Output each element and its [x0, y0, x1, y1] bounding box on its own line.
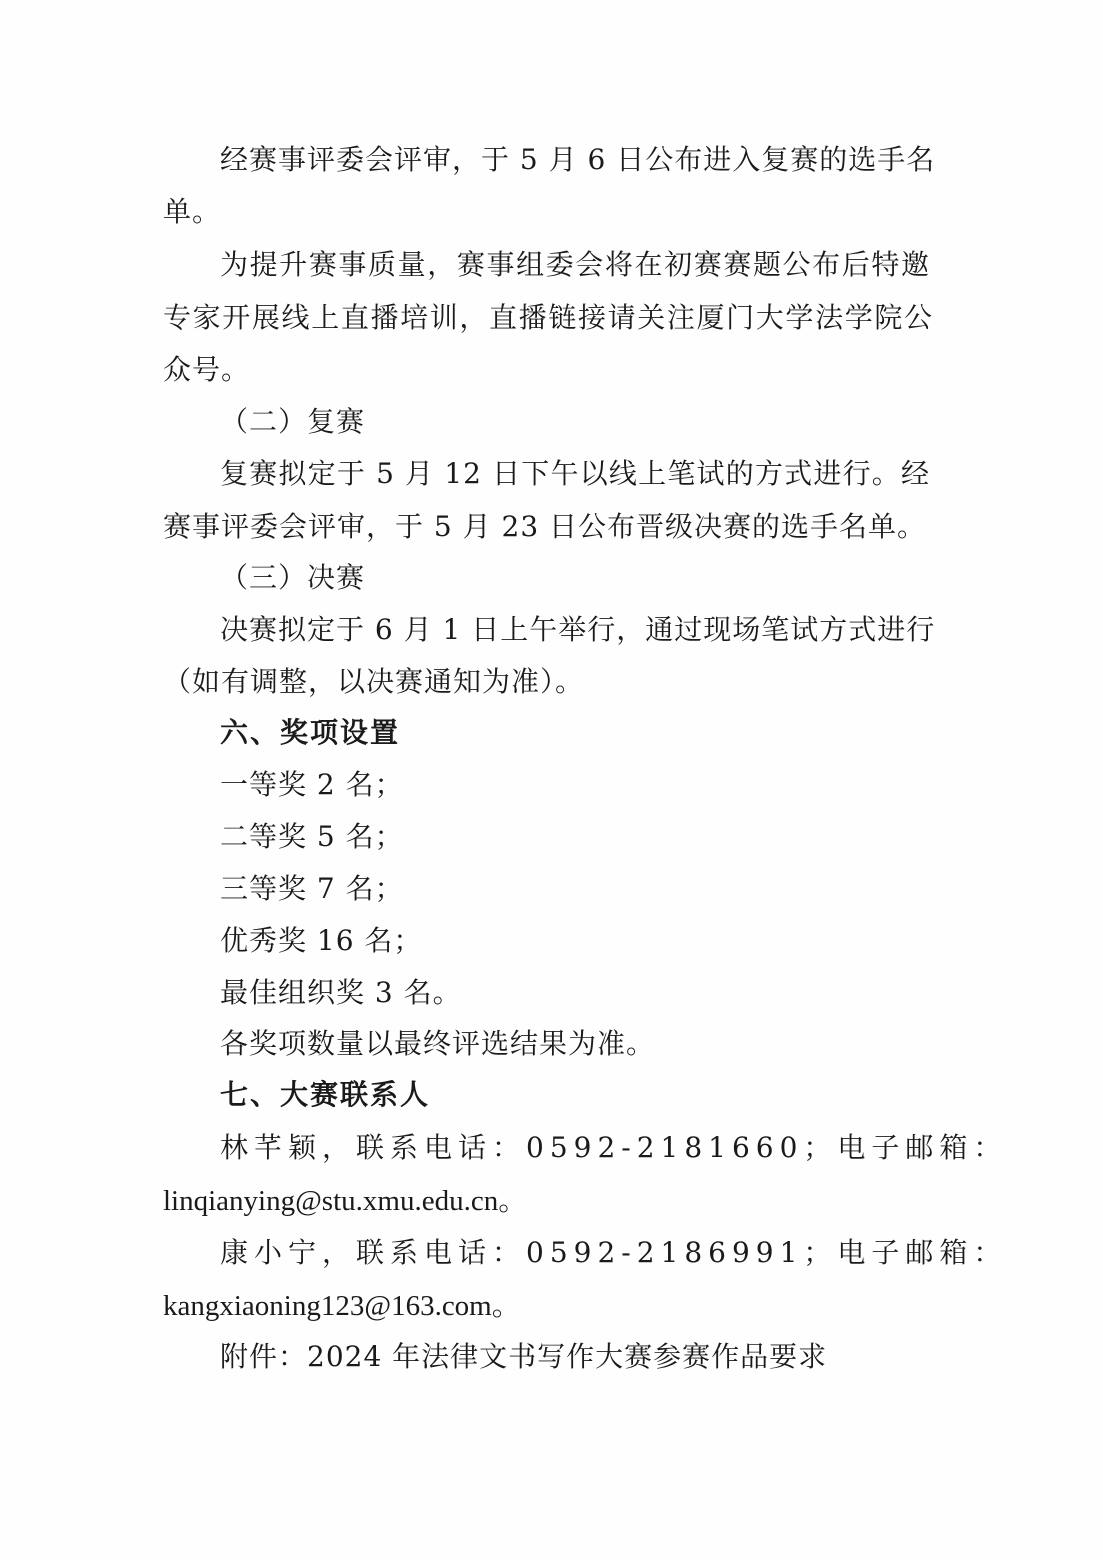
award-note: 各奖项数量以最终评选结果为准。: [220, 1024, 990, 1064]
subsection-title: （二）复赛: [220, 402, 990, 442]
award-item: 一等奖 2 名；: [220, 765, 990, 805]
subsection-title: （三）决赛: [220, 558, 990, 598]
contact-email-link[interactable]: linqianying@stu.xmu.edu.cn。: [163, 1181, 933, 1221]
document-page: 经赛事评委会评审，于 5 月 6 日公布进入复赛的选手名 单。 为提升赛事质量，…: [0, 0, 1103, 1560]
section-heading: 六、奖项设置: [220, 713, 990, 753]
paragraph-text: 众号。: [163, 350, 933, 390]
paragraph-text: 单。: [163, 192, 933, 232]
paragraph-text: 专家开展线上直播培训，直播链接请关注厦门大学法学院公: [163, 298, 933, 338]
award-item: 最佳组织奖 3 名。: [220, 973, 990, 1013]
paragraph-text: 复赛拟定于 5 月 12 日下午以线上笔试的方式进行。经: [220, 454, 930, 494]
section-heading: 七、大赛联系人: [220, 1075, 990, 1115]
contact-line: 林芊颖，联系电话：0592-2181660；电子邮箱：: [220, 1128, 930, 1168]
paragraph-text: （如有调整，以决赛通知为准）。: [163, 662, 933, 702]
paragraph-text: 赛事评委会评审，于 5 月 23 日公布晋级决赛的选手名单。: [163, 507, 933, 547]
paragraph-text: 为提升赛事质量，赛事组委会将在初赛赛题公布后特邀: [220, 245, 930, 285]
paragraph-text: 决赛拟定于 6 月 1 日上午举行，通过现场笔试方式进行: [220, 610, 930, 650]
award-item: 二等奖 5 名；: [220, 817, 990, 857]
award-item: 优秀奖 16 名；: [220, 921, 990, 961]
award-item: 三等奖 7 名；: [220, 869, 990, 909]
paragraph-text: 经赛事评委会评审，于 5 月 6 日公布进入复赛的选手名: [220, 140, 930, 180]
attachment-note: 附件：2024 年法律文书写作大赛参赛作品要求: [220, 1337, 990, 1377]
contact-email-link[interactable]: kangxiaoning123@163.com。: [163, 1286, 933, 1326]
contact-line: 康小宁，联系电话：0592-2186991；电子邮箱：: [220, 1233, 930, 1273]
